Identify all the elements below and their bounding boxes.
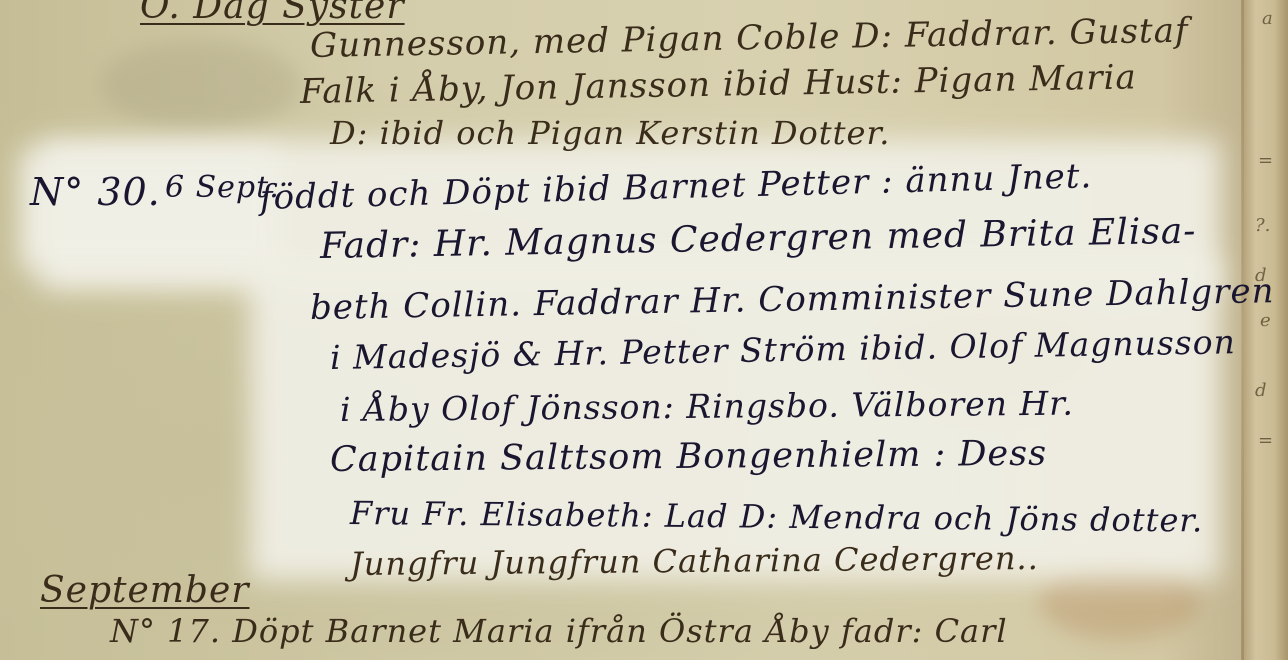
paper-stain bbox=[100, 40, 300, 130]
main-entry-line-7: Jungfru Jungfrun Catharina Cedergren.. bbox=[350, 539, 1039, 583]
month-heading: September bbox=[40, 570, 249, 611]
page-fold-line bbox=[1241, 0, 1244, 660]
previous-entry-line-1: Gunnesson, med Pigan Coble D: Faddrar. G… bbox=[310, 11, 1189, 66]
margin-note: e bbox=[1260, 310, 1271, 331]
previous-entry-line-3: D: ibid och Pigan Kerstin Dotter. bbox=[330, 114, 890, 152]
next-entry-line-0: N° 17. Döpt Barnet Maria ifrån Östra Åby… bbox=[110, 612, 1008, 650]
previous-entry-line-2: Falk i Åby, Jon Jansson ibid Hust: Pigan… bbox=[300, 57, 1137, 112]
main-entry-line-4: i Åby Olof Jönsson: Ringsbo. Välboren Hr… bbox=[340, 384, 1074, 429]
manuscript-page: O. Dag Syster Gunnesson, med Pigan Coble… bbox=[0, 0, 1288, 660]
margin-note: = bbox=[1258, 150, 1273, 171]
main-entry-line-5: Capitain Salttsom Bongenhielm : Dess bbox=[330, 434, 1047, 480]
margin-note: d bbox=[1255, 380, 1267, 401]
margin-note: ?. bbox=[1255, 215, 1270, 236]
main-entry-line-6: Fru Fr. Elisabeth: Lad D: Mendra och Jön… bbox=[350, 494, 1204, 539]
entry-number: N° 30. bbox=[30, 170, 161, 214]
margin-note: = bbox=[1258, 430, 1273, 451]
margin-note: d bbox=[1255, 265, 1267, 286]
previous-entry-line-0: O. Dag Syster bbox=[140, 0, 405, 27]
margin-note: a bbox=[1262, 8, 1273, 29]
